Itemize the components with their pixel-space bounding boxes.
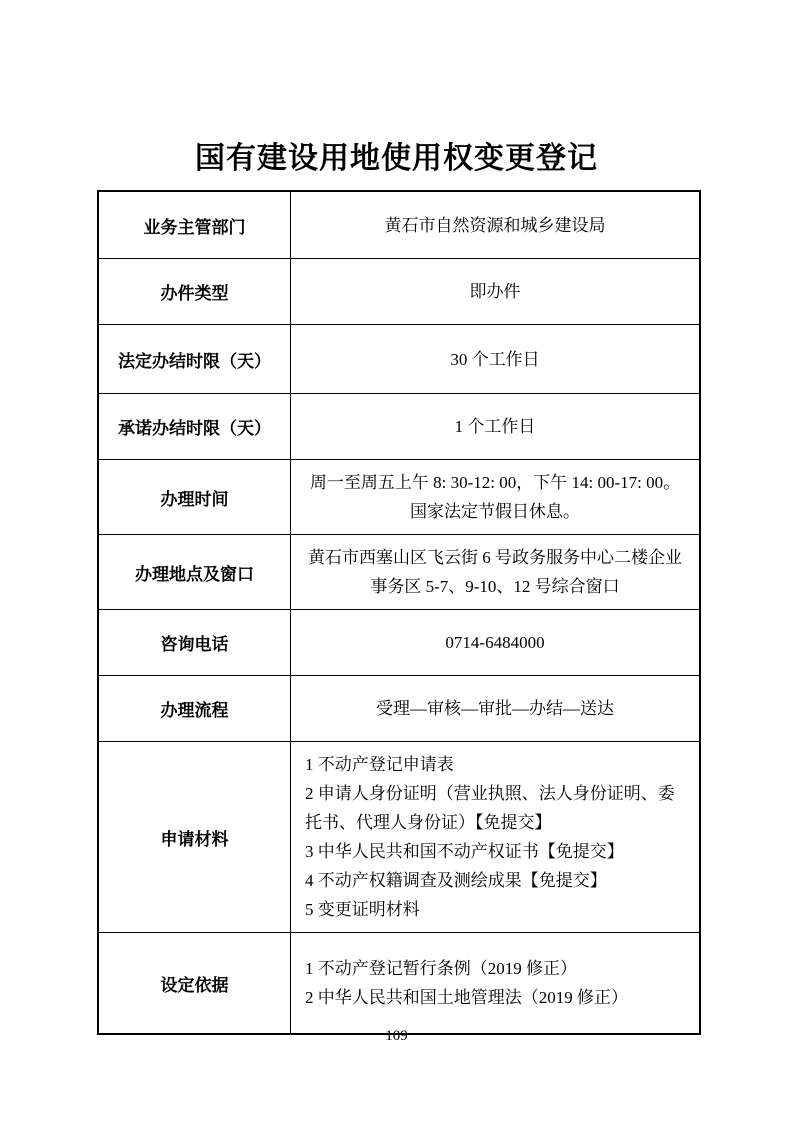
row-label: 法定办结时限（天） bbox=[99, 325, 291, 393]
table-row: 业务主管部门 黄石市自然资源和城乡建设局 bbox=[99, 192, 699, 258]
document-page: 国有建设用地使用权变更登记 业务主管部门 黄石市自然资源和城乡建设局 办件类型 … bbox=[0, 0, 793, 1122]
service-info-table: 业务主管部门 黄石市自然资源和城乡建设局 办件类型 即办件 法定办结时限（天） … bbox=[97, 190, 701, 1035]
row-value-line: 2 申请人身份证明（营业执照、法人身份证明、委托书、代理人身份证）【免提交】 bbox=[305, 779, 685, 837]
row-value: 1 不动产登记暂行条例（2019 修正）2 中华人民共和国土地管理法（2019 … bbox=[291, 933, 699, 1033]
row-value-line: 1 不动产登记暂行条例（2019 修正） bbox=[305, 954, 577, 983]
table-row: 咨询电话 0714-6484000 bbox=[99, 609, 699, 675]
row-label: 咨询电话 bbox=[99, 610, 291, 675]
row-value: 受理—审核—审批—办结—送达 bbox=[291, 676, 699, 741]
row-label: 办理时间 bbox=[99, 460, 291, 534]
row-value: 黄石市自然资源和城乡建设局 bbox=[291, 192, 699, 258]
row-label: 承诺办结时限（天） bbox=[99, 394, 291, 459]
row-value-line: 4 不动产权籍调查及测绘成果【免提交】 bbox=[305, 866, 607, 895]
row-value: 30 个工作日 bbox=[291, 325, 699, 393]
row-label: 办理地点及窗口 bbox=[99, 535, 291, 609]
row-value: 1 个工作日 bbox=[291, 394, 699, 459]
row-value: 周一至周五上午 8: 30-12: 00，下午 14: 00-17: 00。国家… bbox=[291, 460, 699, 534]
table-row: 申请材料 1 不动产登记申请表2 申请人身份证明（营业执照、法人身份证明、委托书… bbox=[99, 741, 699, 932]
table-row: 设定依据 1 不动产登记暂行条例（2019 修正）2 中华人民共和国土地管理法（… bbox=[99, 932, 699, 1033]
table-row: 承诺办结时限（天） 1 个工作日 bbox=[99, 393, 699, 459]
row-value: 即办件 bbox=[291, 259, 699, 324]
row-label: 业务主管部门 bbox=[99, 192, 291, 258]
page-number: 109 bbox=[0, 1028, 793, 1045]
row-value-line: 2 中华人民共和国土地管理法（2019 修正） bbox=[305, 983, 628, 1012]
page-title: 国有建设用地使用权变更登记 bbox=[0, 133, 793, 177]
row-label: 设定依据 bbox=[99, 933, 291, 1033]
table-row: 办理地点及窗口 黄石市西塞山区飞云街 6 号政务服务中心二楼企业事务区 5-7、… bbox=[99, 534, 699, 609]
row-value: 0714-6484000 bbox=[291, 610, 699, 675]
row-label: 办理流程 bbox=[99, 676, 291, 741]
table-row: 办件类型 即办件 bbox=[99, 258, 699, 324]
row-label: 申请材料 bbox=[99, 742, 291, 932]
table-row: 办理流程 受理—审核—审批—办结—送达 bbox=[99, 675, 699, 741]
row-label: 办件类型 bbox=[99, 259, 291, 324]
row-value-line: 5 变更证明材料 bbox=[305, 895, 420, 924]
row-value: 1 不动产登记申请表2 申请人身份证明（营业执照、法人身份证明、委托书、代理人身… bbox=[291, 742, 699, 932]
row-value: 黄石市西塞山区飞云街 6 号政务服务中心二楼企业事务区 5-7、9-10、12 … bbox=[291, 535, 699, 609]
row-value-line: 1 不动产登记申请表 bbox=[305, 750, 454, 779]
row-value-line: 3 中华人民共和国不动产权证书【免提交】 bbox=[305, 837, 624, 866]
table-row: 法定办结时限（天） 30 个工作日 bbox=[99, 324, 699, 393]
table-row: 办理时间 周一至周五上午 8: 30-12: 00，下午 14: 00-17: … bbox=[99, 459, 699, 534]
